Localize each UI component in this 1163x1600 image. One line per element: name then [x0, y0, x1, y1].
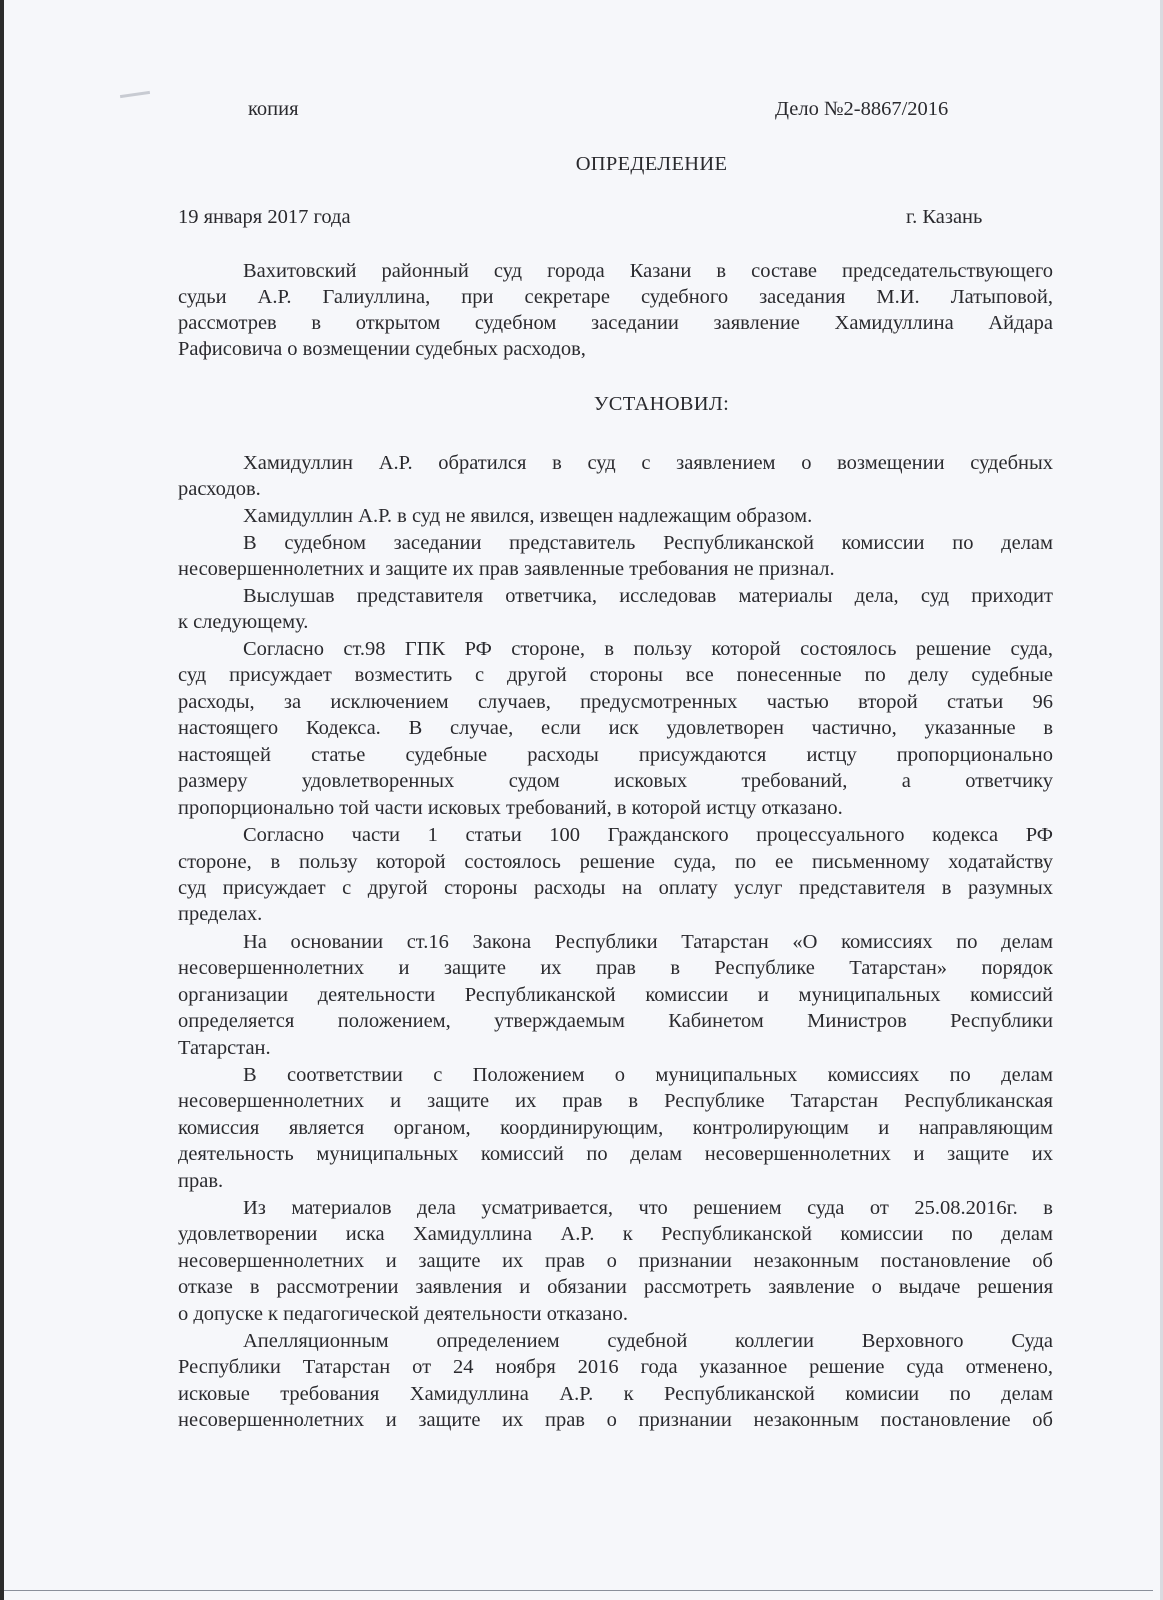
copy-mark: копия — [248, 98, 299, 121]
body-text-line: настоящего Кодекса. В случае, если иск у… — [178, 715, 1053, 741]
body-text-line: Республики Татарстан от 24 ноября 2016 г… — [178, 1354, 1053, 1380]
body-text-line: расходов. — [178, 476, 1053, 502]
case-number: Дело №2-8867/2016 — [775, 98, 948, 121]
body-text-line: пропорционально той части исковых требов… — [178, 795, 1053, 821]
scan-smudge — [120, 91, 150, 98]
body-text-line: удовлетворении иска Хамидуллина А.Р. к Р… — [178, 1221, 1053, 1247]
body-text-line: несовершеннолетних и защите их прав в Ре… — [178, 955, 1053, 981]
body-text-line: Согласно части 1 статьи 100 Гражданского… — [243, 822, 1053, 848]
body-text-line: размеру удовлетворенных судом исковых тр… — [178, 768, 1053, 794]
body-text-line: о допуске к педагогической деятельности … — [178, 1301, 1053, 1327]
section-heading: УСТАНОВИЛ: — [80, 393, 1163, 416]
body-text-line: В судебном заседании представитель Респу… — [243, 530, 1053, 556]
body-text-line: к следующему. — [178, 609, 1053, 635]
body-text-line: Апелляционным определением судебной колл… — [243, 1328, 1053, 1354]
body-text-line: расходы, за исключением случаев, предусм… — [178, 689, 1053, 715]
document-title: ОПРЕДЕЛЕНИЕ — [70, 153, 1163, 176]
body-text-line: В соответствии с Положением о муниципаль… — [243, 1062, 1053, 1088]
body-text-line: определяется положением, утверждаемым Ка… — [178, 1008, 1053, 1034]
body-text-line: исковые требования Хамидуллина А.Р. к Ре… — [178, 1381, 1053, 1407]
intro-line: Вахитовский районный суд города Казани в… — [243, 258, 1053, 284]
body-text-line: Из материалов дела усматривается, что ре… — [243, 1195, 1053, 1221]
body-text-line: несовершеннолетних и защите их прав о пр… — [178, 1248, 1053, 1274]
body-text-line: несовершеннолетних и защите их прав заяв… — [178, 556, 1053, 582]
body-text-line: прав. — [178, 1168, 1053, 1194]
body-text-line: стороне, в пользу которой состоялось реш… — [178, 849, 1053, 875]
body-text-line: Татарстан. — [178, 1035, 1053, 1061]
body-text-line: несовершеннолетних и защите их прав в Ре… — [178, 1088, 1053, 1114]
scanned-document-page: копия Дело №2-8867/2016 ОПРЕДЕЛЕНИЕ 19 я… — [0, 0, 1163, 1600]
document-date: 19 января 2017 года — [178, 206, 351, 229]
intro-line: судьи А.Р. Галиуллина, при секретаре суд… — [178, 284, 1053, 310]
body-text-line: комиссия является органом, координирующи… — [178, 1115, 1053, 1141]
intro-line: рассмотрев в открытом судебном заседании… — [178, 310, 1053, 336]
body-text-line: Согласно ст.98 ГПК РФ стороне, в пользу … — [243, 636, 1053, 662]
body-text-line: суд присуждает возместить с другой сторо… — [178, 662, 1053, 688]
body-text-line: На основании ст.16 Закона Республики Тат… — [243, 929, 1053, 955]
body-text-line: Хамидуллин А.Р. в суд не явился, извещен… — [243, 503, 1053, 529]
body-text-line: Выслушав представителя ответчика, исслед… — [243, 583, 1053, 609]
page-bottom-edge — [4, 1590, 1153, 1591]
body-text-line: деятельность муниципальных комиссий по д… — [178, 1141, 1053, 1167]
body-text-line: суд присуждает с другой стороны расходы … — [178, 875, 1053, 901]
body-text-line: несовершеннолетних и защите их прав о пр… — [178, 1407, 1053, 1433]
body-text-line: настоящей статье судебные расходы присуж… — [178, 742, 1053, 768]
intro-line: Рафисовича о возмещении судебных расходо… — [178, 336, 1053, 362]
body-text-line: отказе в рассмотрении заявления и обязан… — [178, 1274, 1053, 1300]
scan-edge-shadow — [0, 0, 4, 1600]
document-city: г. Казань — [906, 206, 982, 229]
body-text-line: пределах. — [178, 901, 1053, 927]
body-text-line: Хамидуллин А.Р. обратился в суд с заявле… — [243, 450, 1053, 476]
body-text-line: организации деятельности Республиканской… — [178, 982, 1053, 1008]
